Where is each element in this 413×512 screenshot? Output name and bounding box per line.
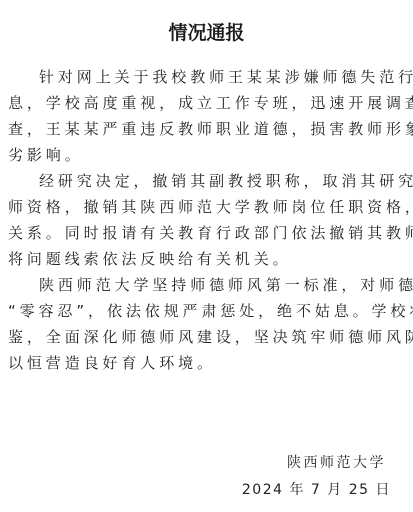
paragraph-1: 针对网上关于我校教师王某某涉嫌师德失范行为的信 息，学校高度重视，成立工作专班，… (8, 64, 406, 168)
text-line: 将问题线索依法反映给有关机关。 (8, 246, 406, 272)
signature-date: 2024 年 7 月 25 日 (242, 479, 391, 499)
text-line: 劣影响。 (8, 142, 406, 168)
text-line: 经研究决定，撤销其副教授职称，取消其研究生指导教 (8, 168, 406, 194)
text-line: 针对网上关于我校教师王某某涉嫌师德失范行为的信 (8, 64, 406, 90)
text-line: 师资格，撤销其陕西师范大学教师岗位任职资格，解除聘用 (8, 194, 406, 220)
paragraph-3: 陕西师范大学坚持师德师风第一标准，对师德失范行为 “零容忍”，依法依规严肃惩处，… (8, 272, 406, 376)
signature-organization: 陕西师范大学 (287, 452, 386, 472)
text-line: 鉴，全面深化师德师风建设，坚决筑牢师德师风防线，持之 (8, 324, 406, 350)
document-title: 情况通报 (0, 18, 413, 45)
text-line: 以恒营造良好育人环境。 (8, 350, 406, 376)
document-body: 针对网上关于我校教师王某某涉嫌师德失范行为的信 息，学校高度重视，成立工作专班，… (8, 64, 406, 376)
text-line: 陕西师范大学坚持师德师风第一标准，对师德失范行为 (8, 272, 406, 298)
paragraph-2: 经研究决定，撤销其副教授职称，取消其研究生指导教 师资格，撤销其陕西师范大学教师… (8, 168, 406, 272)
text-line: 息，学校高度重视，成立工作专班，迅速开展调查核实。经 (8, 90, 406, 116)
text-line: “零容忍”，依法依规严肃惩处，绝不姑息。学校将以此为 (8, 298, 406, 324)
text-line: 关系。同时报请有关教育行政部门依法撤销其教师资格，并 (8, 220, 406, 246)
text-line: 查，王某某严重违反教师职业道德，损害教师形象，造成恶 (8, 116, 406, 142)
